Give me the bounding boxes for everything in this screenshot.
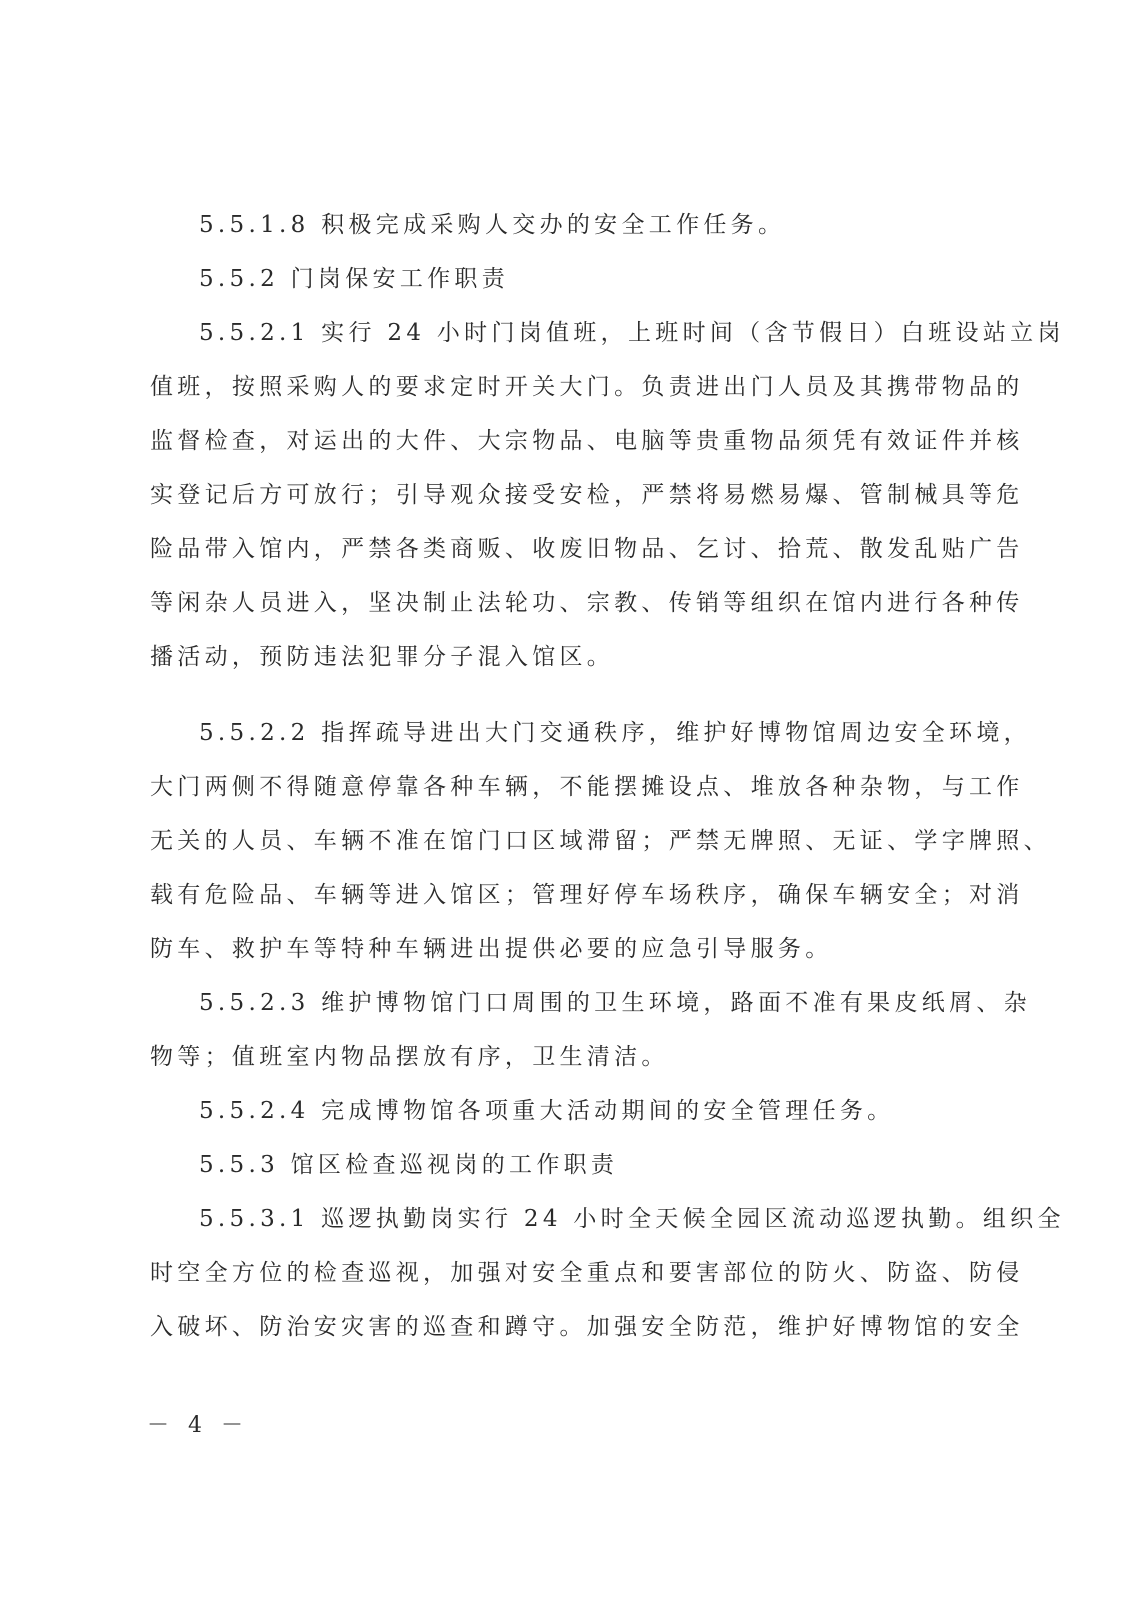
- clause-5-5-2-1-line-6: 等闲杂人员进入，坚决制止法轮功、宗教、传销等组织在馆内进行各种传: [150, 588, 1024, 618]
- clause-5-5-2-2-line-3: 无关的人员、车辆不准在馆门口区域滞留；严禁无牌照、无证、学字牌照、: [150, 826, 1051, 856]
- clause-5-5-3-1-line-3: 入破坏、防治安灾害的巡查和蹲守。加强安全防范，维护好博物馆的安全: [150, 1312, 1024, 1342]
- document-page: 5.5.1.8 积极完成采购人交办的安全工作任务。 5.5.2 门岗保安工作职责…: [0, 0, 1131, 1600]
- clause-5-5-2-1-line-1: 5.5.2.1 实行 24 小时门岗值班，上班时间（含节假日）白班设站立岗: [199, 318, 1065, 348]
- clause-5-5-2-1-line-5: 险品带入馆内，严禁各类商贩、收废旧物品、乞讨、拾荒、散发乱贴广告: [150, 534, 1024, 564]
- clause-5-5-2-2-line-2: 大门两侧不得随意停靠各种车辆，不能摆摊设点、堆放各种杂物，与工作: [150, 772, 1024, 802]
- clause-5-5-3-1-line-2: 时空全方位的检查巡视，加强对安全重点和要害部位的防火、防盗、防侵: [150, 1258, 1024, 1288]
- clause-5-5-2-1-line-2: 值班，按照采购人的要求定时开关大门。负责进出门人员及其携带物品的: [150, 372, 1024, 402]
- clause-5-5-2-2-line-4: 载有危险品、车辆等进入馆区；管理好停车场秩序，确保车辆安全；对消: [150, 880, 1024, 910]
- clause-5-5-3-1-line-1: 5.5.3.1 巡逻执勤岗实行 24 小时全天候全园区流动巡逻执勤。组织全: [199, 1204, 1065, 1234]
- clause-5-5-1-8: 5.5.1.8 积极完成采购人交办的安全工作任务。: [199, 210, 785, 240]
- clause-5-5-2-4: 5.5.2.4 完成博物馆各项重大活动期间的安全管理任务。: [199, 1096, 894, 1126]
- clause-5-5-2-2-line-5: 防车、救护车等特种车辆进出提供必要的应急引导服务。: [150, 934, 833, 964]
- page-number: － 4 －: [147, 1408, 249, 1439]
- clause-5-5-2-1-line-3: 监督检查，对运出的大件、大宗物品、电脑等贵重物品须凭有效证件并核: [150, 426, 1024, 456]
- clause-5-5-2-2-line-1: 5.5.2.2 指挥疏导进出大门交通秩序，维护好博物馆周边安全环境，: [199, 718, 1031, 748]
- clause-5-5-2-1-line-4: 实登记后方可放行；引导观众接受安检，严禁将易燃易爆、管制械具等危: [150, 480, 1024, 510]
- section-heading-5-5-3: 5.5.3 馆区检查巡视岗的工作职责: [199, 1150, 618, 1180]
- section-heading-5-5-2: 5.5.2 门岗保安工作职责: [199, 264, 509, 294]
- clause-5-5-2-3-line-2: 物等；值班室内物品摆放有序，卫生清洁。: [150, 1042, 669, 1072]
- clause-5-5-2-3-line-1: 5.5.2.3 维护博物馆门口周围的卫生环境，路面不准有果皮纸屑、杂: [199, 988, 1031, 1018]
- clause-5-5-2-1-line-7: 播活动，预防违法犯罪分子混入馆区。: [150, 642, 614, 672]
